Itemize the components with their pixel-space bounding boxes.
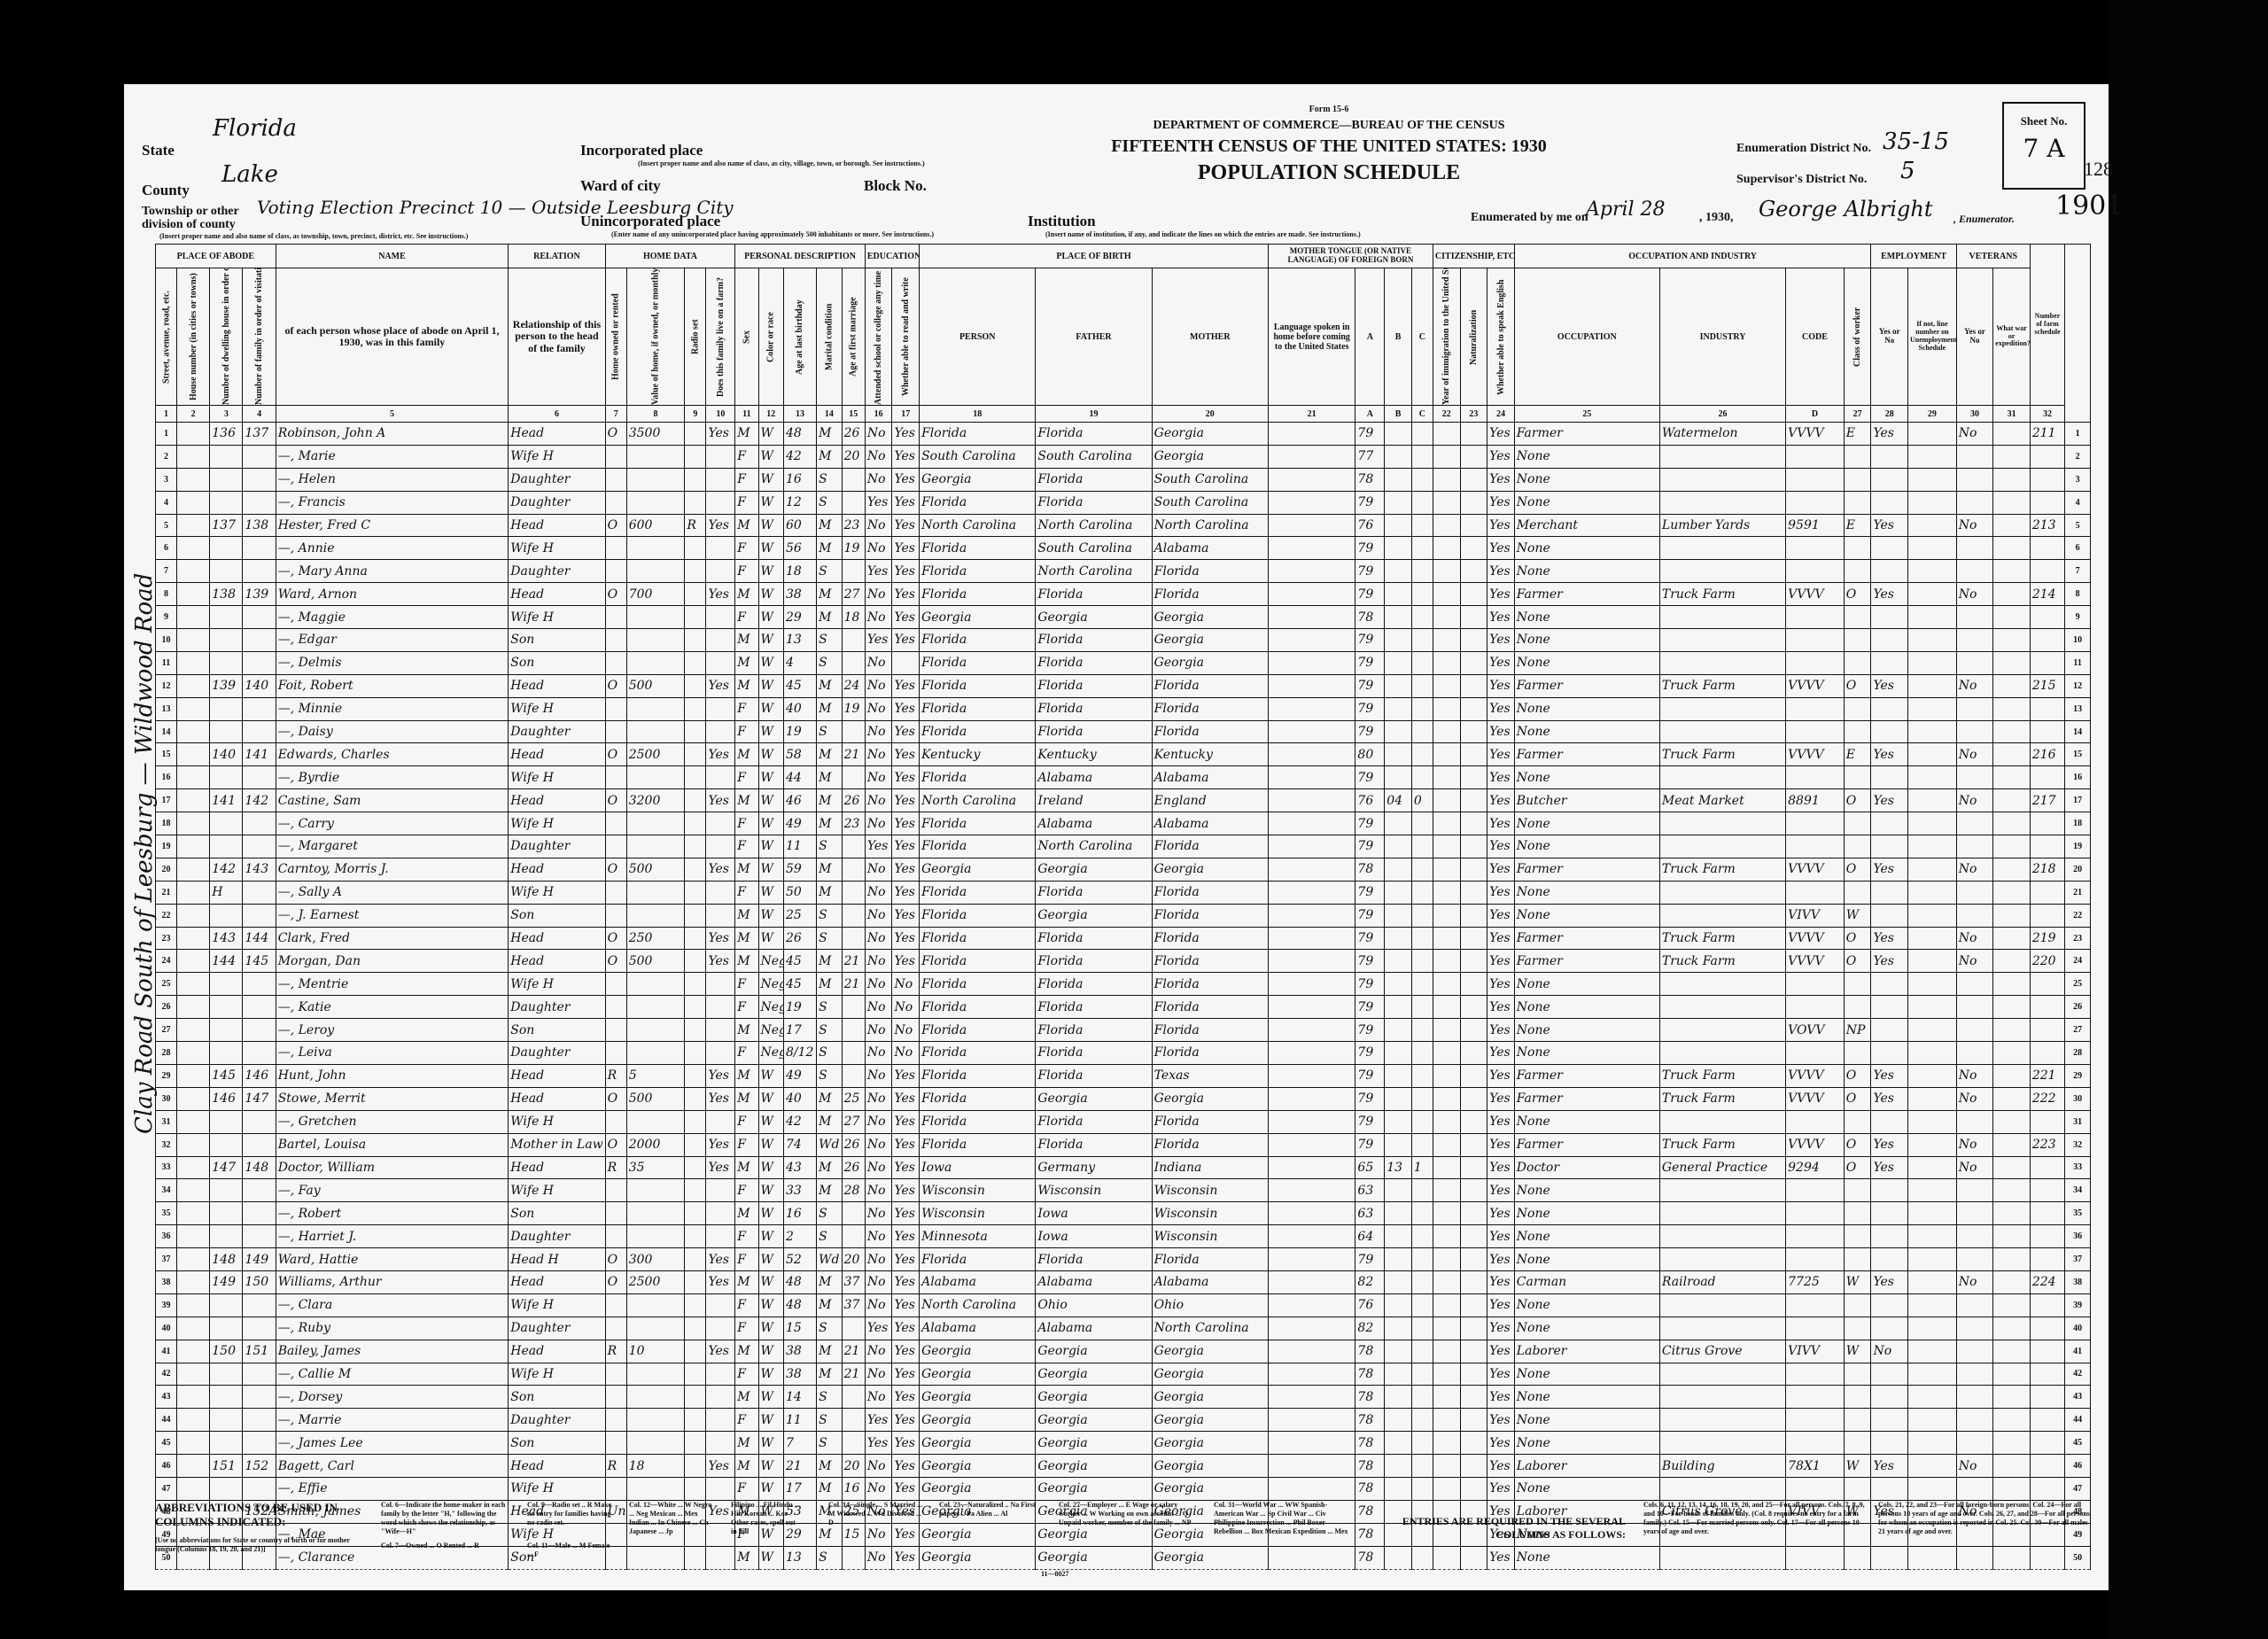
- cell-code-b: [1385, 1455, 1412, 1478]
- cell-unemployment-line: [1908, 674, 1957, 697]
- cell-veteran: [1956, 468, 1993, 491]
- cell-mother-birthplace: Georgia: [1152, 651, 1268, 674]
- cell-language: [1268, 950, 1355, 973]
- cell-family-number: [243, 1019, 276, 1042]
- cell-dwelling-number: 141: [210, 789, 243, 812]
- sheet-label: Sheet No.: [2004, 114, 2084, 128]
- cell-at-work: Yes: [1871, 583, 1908, 606]
- cell-father-birthplace: Florida: [1036, 973, 1152, 996]
- cell-farm: [706, 1293, 735, 1317]
- cell-industry-code: [1786, 1042, 1845, 1065]
- cell-industry-code: VVVV: [1786, 1064, 1845, 1087]
- cell-farm-schedule: [2030, 973, 2064, 996]
- cell-age-at-marriage: [842, 881, 865, 904]
- cell-read-write: Yes: [892, 720, 920, 743]
- cell-code-b: [1385, 1042, 1412, 1065]
- cell-veteran: [1956, 766, 1993, 789]
- cell-unemployment-line: [1908, 1110, 1957, 1133]
- cell-read-write: Yes: [892, 674, 920, 697]
- cell-age-at-marriage: 26: [842, 1133, 865, 1156]
- cell-immigration-year: [1433, 1019, 1460, 1042]
- cell-speak-english: Yes: [1487, 1202, 1515, 1225]
- table-row: 12139140Foit, RobertHeadO500YesMW45M24No…: [156, 674, 2091, 697]
- cell-school: No: [865, 1202, 892, 1225]
- cell-age: 45: [783, 973, 816, 996]
- cell-industry-code: 9591: [1786, 514, 1845, 537]
- cell-occupation: None: [1514, 651, 1659, 674]
- cell-speak-english: Yes: [1487, 606, 1515, 629]
- cell-war: [1993, 583, 2031, 606]
- cell-industry-code: [1786, 651, 1845, 674]
- cell-family-number: [243, 1432, 276, 1455]
- cell-relation: Son: [509, 904, 605, 927]
- cell-sex: F: [735, 812, 758, 835]
- cell-race: W: [758, 904, 783, 927]
- cell-school: No: [865, 468, 892, 491]
- cell-home-owned: O: [605, 514, 626, 537]
- cell-speak-english: Yes: [1487, 445, 1515, 468]
- col-unemployment-line: If not, line number on Unemployment Sche…: [1908, 268, 1957, 406]
- cell-marital: S: [817, 629, 842, 652]
- cell-mother-birthplace: Wisconsin: [1152, 1202, 1268, 1225]
- cell-birthplace: Florida: [920, 651, 1036, 674]
- cell-birthplace: Alabama: [920, 1270, 1036, 1293]
- cell-speak-english: Yes: [1487, 514, 1515, 537]
- cell-age-at-marriage: 23: [842, 514, 865, 537]
- incorporated-label: Incorporated place: [580, 142, 703, 159]
- cell-class-of-worker: O: [1844, 927, 1871, 950]
- line-number-left: 32: [156, 1133, 177, 1156]
- cell-code-c: [1411, 583, 1433, 606]
- cell-relation: Head: [509, 950, 605, 973]
- cell-sex: M: [735, 423, 758, 446]
- cell-school: No: [865, 674, 892, 697]
- cell-occupation: Doctor: [1514, 1156, 1659, 1179]
- cell-immigration-year: [1433, 606, 1460, 629]
- cell-radio: [685, 996, 706, 1019]
- cell-radio: [685, 1087, 706, 1110]
- cell-code-b: [1385, 904, 1412, 927]
- col-person-birth: PERSON: [920, 268, 1036, 406]
- cell-age: 40: [783, 697, 816, 720]
- group-name: NAME: [276, 245, 509, 268]
- cell-immigration-year: [1433, 1179, 1460, 1202]
- cell-dwelling-number: 145: [210, 1064, 243, 1087]
- cell-veteran: No: [1956, 743, 1993, 766]
- line-number-right: 43: [2065, 1386, 2091, 1409]
- cell-language: [1268, 629, 1355, 652]
- cell-family-number: [243, 1042, 276, 1065]
- cell-mother-birthplace: Georgia: [1152, 1432, 1268, 1455]
- cell-relation: Wife H: [509, 766, 605, 789]
- cell-birthplace: Florida: [920, 1019, 1036, 1042]
- cell-naturalization: [1460, 858, 1487, 881]
- cell-home-owned: O: [605, 1248, 626, 1271]
- cell-school: No: [865, 514, 892, 537]
- cell-naturalization: [1460, 1340, 1487, 1363]
- cell-relation: Head: [509, 927, 605, 950]
- cell-radio: [685, 1409, 706, 1432]
- cell-class-of-worker: [1844, 445, 1871, 468]
- cell-class-of-worker: [1844, 1293, 1871, 1317]
- cell-farm-schedule: 222: [2030, 1087, 2064, 1110]
- cell-age-at-marriage: [842, 1042, 865, 1065]
- cell-marital: S: [817, 1019, 842, 1042]
- column-number: 4: [243, 406, 276, 423]
- cell-naturalization: [1460, 1409, 1487, 1432]
- cell-sex: F: [735, 537, 758, 560]
- township-hint: (Insert proper name and also name of cla…: [159, 232, 468, 240]
- line-number-right: 36: [2065, 1225, 2091, 1248]
- cell-unemployment-line: [1908, 973, 1957, 996]
- cell-birthplace: Iowa: [920, 1156, 1036, 1179]
- cell-radio: [685, 904, 706, 927]
- cell-sex: F: [735, 973, 758, 996]
- cell-read-write: Yes: [892, 1110, 920, 1133]
- line-number-left: 3: [156, 468, 177, 491]
- cell-mother-birthplace: Georgia: [1152, 629, 1268, 652]
- cell-read-write: Yes: [892, 1455, 920, 1478]
- cell-veteran: [1956, 560, 1993, 583]
- cell-occupation: None: [1514, 1432, 1659, 1455]
- line-number-right: 41: [2065, 1340, 2091, 1363]
- cell-mother-birthplace: Florida: [1152, 950, 1268, 973]
- cell-occupation: Butcher: [1514, 789, 1659, 812]
- cell-birthplace: Wisconsin: [920, 1179, 1036, 1202]
- cell-age-at-marriage: [842, 651, 865, 674]
- cell-code-a: 79: [1355, 1019, 1385, 1042]
- cell-code-b: [1385, 1087, 1412, 1110]
- cell-house-number: [177, 766, 210, 789]
- cell-sex: F: [735, 1248, 758, 1271]
- cell-at-work: [1871, 1248, 1908, 1271]
- cell-language: [1268, 674, 1355, 697]
- cell-mother-birthplace: Florida: [1152, 1019, 1268, 1042]
- line-number-right: 21: [2065, 881, 2091, 904]
- cell-home-owned: [605, 1225, 626, 1248]
- cell-family-number: 137: [243, 423, 276, 446]
- cell-at-work: [1871, 1042, 1908, 1065]
- cell-home-value: 600: [626, 514, 685, 537]
- cell-house-number: [177, 445, 210, 468]
- cell-farm: [706, 881, 735, 904]
- cell-immigration-year: [1433, 1110, 1460, 1133]
- cell-industry: [1659, 996, 1785, 1019]
- cell-home-value: [626, 766, 685, 789]
- cell-person-name: —, Sally A: [276, 881, 509, 904]
- table-row: 9—, MaggieWife HFW29M18NoYesGeorgiaGeorg…: [156, 606, 2091, 629]
- cell-war: [1993, 514, 2031, 537]
- cell-farm-schedule: [2030, 1409, 2064, 1432]
- cell-home-value: [626, 1432, 685, 1455]
- cell-code-c: [1411, 514, 1433, 537]
- cell-farm: [706, 491, 735, 514]
- cell-home-owned: O: [605, 743, 626, 766]
- abbr-col12b: Filipino ... Fil Hindu ... Hin Korean ..…: [731, 1501, 802, 1536]
- column-number: 17: [892, 406, 920, 423]
- cell-marital: M: [817, 514, 842, 537]
- cell-occupation: None: [1514, 537, 1659, 560]
- cell-code-b: [1385, 491, 1412, 514]
- cell-sex: M: [735, 629, 758, 652]
- cell-veteran: [1956, 973, 1993, 996]
- cell-home-value: [626, 651, 685, 674]
- cell-at-work: [1871, 835, 1908, 858]
- cell-industry-code: 8891: [1786, 789, 1845, 812]
- cell-house-number: [177, 1432, 210, 1455]
- cell-person-name: Ward, Arnon: [276, 583, 509, 606]
- column-number: 23: [1460, 406, 1487, 423]
- cell-naturalization: [1460, 996, 1487, 1019]
- column-number: A: [1355, 406, 1385, 423]
- cell-school: No: [865, 1064, 892, 1087]
- cell-house-number: [177, 904, 210, 927]
- cell-mother-birthplace: Florida: [1152, 1042, 1268, 1065]
- cell-code-b: [1385, 674, 1412, 697]
- cell-marital: M: [817, 766, 842, 789]
- cell-occupation: Farmer: [1514, 1087, 1659, 1110]
- cell-mother-birthplace: Wisconsin: [1152, 1179, 1268, 1202]
- cell-occupation: Farmer: [1514, 927, 1659, 950]
- cell-farm-schedule: [2030, 881, 2064, 904]
- cell-at-work: [1871, 881, 1908, 904]
- column-number: 6: [509, 406, 605, 423]
- cell-age-at-marriage: 21: [842, 1363, 865, 1386]
- cell-industry: Building: [1659, 1455, 1785, 1478]
- line-number-right: 5: [2065, 514, 2091, 537]
- cell-industry-code: [1786, 468, 1845, 491]
- cell-war: [1993, 1019, 2031, 1042]
- cell-home-value: 700: [626, 583, 685, 606]
- table-row: 34—, FayWife HFW33M28NoYesWisconsinWisco…: [156, 1179, 2091, 1202]
- line-number-right: 24: [2065, 950, 2091, 973]
- table-row: 32Bartel, LouisaMother in LawO2000YesFW7…: [156, 1133, 2091, 1156]
- cell-code-a: 78: [1355, 1409, 1385, 1432]
- cell-war: [1993, 468, 2031, 491]
- cell-race: W: [758, 537, 783, 560]
- cell-industry: Watermelon: [1659, 423, 1785, 446]
- cell-code-a: 79: [1355, 1064, 1385, 1087]
- cell-age-at-marriage: [842, 858, 865, 881]
- cell-code-b: [1385, 996, 1412, 1019]
- cell-birthplace: Florida: [920, 697, 1036, 720]
- cell-speak-english: Yes: [1487, 743, 1515, 766]
- cell-naturalization: [1460, 1087, 1487, 1110]
- cell-code-b: [1385, 1248, 1412, 1271]
- cell-veteran: [1956, 1179, 1993, 1202]
- cell-farm: [706, 812, 735, 835]
- cell-read-write: Yes: [892, 629, 920, 652]
- cell-unemployment-line: [1908, 560, 1957, 583]
- cell-sex: M: [735, 1270, 758, 1293]
- cell-code-c: [1411, 881, 1433, 904]
- cell-home-value: 3500: [626, 423, 685, 446]
- cell-age: 19: [783, 720, 816, 743]
- cell-speak-english: Yes: [1487, 1179, 1515, 1202]
- block-label: Block No.: [864, 177, 927, 195]
- cell-speak-english: Yes: [1487, 537, 1515, 560]
- cell-race: W: [758, 1386, 783, 1409]
- cell-industry: [1659, 812, 1785, 835]
- cell-relation: Daughter: [509, 1225, 605, 1248]
- cell-age-at-marriage: 20: [842, 1248, 865, 1271]
- cell-immigration-year: [1433, 514, 1460, 537]
- cell-code-b: [1385, 1340, 1412, 1363]
- cell-birthplace: Georgia: [920, 1455, 1036, 1478]
- cell-war: [1993, 1432, 2031, 1455]
- cell-home-value: [626, 835, 685, 858]
- cell-code-c: [1411, 858, 1433, 881]
- cell-father-birthplace: Florida: [1036, 583, 1152, 606]
- cell-read-write: Yes: [892, 1202, 920, 1225]
- cell-naturalization: [1460, 560, 1487, 583]
- cell-class-of-worker: W: [1844, 1455, 1871, 1478]
- cell-occupation: None: [1514, 1202, 1659, 1225]
- cell-race: Neg: [758, 950, 783, 973]
- cell-immigration-year: [1433, 1248, 1460, 1271]
- cell-mother-birthplace: Georgia: [1152, 1340, 1268, 1363]
- cell-read-write: Yes: [892, 1179, 920, 1202]
- cell-read-write: No: [892, 1042, 920, 1065]
- cell-code-b: [1385, 537, 1412, 560]
- cell-father-birthplace: Florida: [1036, 629, 1152, 652]
- cell-birthplace: Kentucky: [920, 743, 1036, 766]
- cell-family-number: [243, 1317, 276, 1340]
- cell-person-name: —, Mary Anna: [276, 560, 509, 583]
- cell-language: [1268, 606, 1355, 629]
- cell-immigration-year: [1433, 1386, 1460, 1409]
- cell-birthplace: Florida: [920, 423, 1036, 446]
- entries-required-1: Cols. 6, 11, 12, 13, 14, 16, 18, 19, 20,…: [1643, 1501, 1865, 1536]
- cell-radio: [685, 651, 706, 674]
- cell-read-write: Yes: [892, 423, 920, 446]
- cell-unemployment-line: [1908, 583, 1957, 606]
- cell-race: W: [758, 1202, 783, 1225]
- cell-immigration-year: [1433, 927, 1460, 950]
- table-row: 10—, EdgarSonMW13SYesYesFloridaFloridaGe…: [156, 629, 2091, 652]
- census-title: FIFTEENTH CENSUS OF THE UNITED STATES: 1…: [1028, 136, 1630, 157]
- line-number-right: 30: [2065, 1087, 2091, 1110]
- col-sex: Sex: [735, 268, 758, 406]
- cell-code-b: [1385, 423, 1412, 446]
- cell-race: W: [758, 468, 783, 491]
- cell-code-b: [1385, 1133, 1412, 1156]
- cell-farm: [706, 1202, 735, 1225]
- cell-radio: [685, 1432, 706, 1455]
- cell-industry-code: [1786, 720, 1845, 743]
- cell-age: 52: [783, 1248, 816, 1271]
- cell-race: W: [758, 1225, 783, 1248]
- cell-marital: M: [817, 743, 842, 766]
- cell-radio: [685, 973, 706, 996]
- cell-home-owned: [605, 606, 626, 629]
- cell-code-c: [1411, 927, 1433, 950]
- cell-radio: [685, 1293, 706, 1317]
- cell-code-c: [1411, 445, 1433, 468]
- cell-age: 42: [783, 445, 816, 468]
- cell-relation: Head: [509, 1270, 605, 1293]
- cell-unemployment-line: [1908, 1087, 1957, 1110]
- cell-speak-english: Yes: [1487, 1087, 1515, 1110]
- cell-family-number: 138: [243, 514, 276, 537]
- cell-read-write: No: [892, 1019, 920, 1042]
- line-number-right: 29: [2065, 1064, 2091, 1087]
- cell-radio: [685, 1340, 706, 1363]
- cell-age-at-marriage: 28: [842, 1179, 865, 1202]
- enumeration-date: April 28: [1586, 198, 1666, 221]
- line-number-left: 30: [156, 1087, 177, 1110]
- cell-marital: M: [817, 1156, 842, 1179]
- cell-birthplace: Alabama: [920, 1317, 1036, 1340]
- cell-read-write: Yes: [892, 697, 920, 720]
- cell-naturalization: [1460, 1110, 1487, 1133]
- cell-unemployment-line: [1908, 1432, 1957, 1455]
- cell-person-name: —, Carry: [276, 812, 509, 835]
- cell-mother-birthplace: Florida: [1152, 1133, 1268, 1156]
- line-number-left: 8: [156, 583, 177, 606]
- cell-person-name: Edwards, Charles: [276, 743, 509, 766]
- cell-industry: [1659, 651, 1785, 674]
- cell-family-number: 149: [243, 1248, 276, 1271]
- cell-radio: [685, 583, 706, 606]
- line-number-right: 8: [2065, 583, 2091, 606]
- cell-radio: [685, 1363, 706, 1386]
- cell-farm-schedule: [2030, 1432, 2064, 1455]
- cell-code-a: 79: [1355, 950, 1385, 973]
- cell-industry-code: [1786, 835, 1845, 858]
- cell-school: No: [865, 996, 892, 1019]
- cell-marital: M: [817, 950, 842, 973]
- line-number-left: 19: [156, 835, 177, 858]
- cell-age: 11: [783, 1409, 816, 1432]
- table-row: 43—, DorseySonMW14SNoYesGeorgiaGeorgiaGe…: [156, 1386, 2091, 1409]
- cell-industry: [1659, 560, 1785, 583]
- cell-birthplace: Georgia: [920, 858, 1036, 881]
- cell-naturalization: [1460, 904, 1487, 927]
- cell-race: W: [758, 1270, 783, 1293]
- line-number-right: 3: [2065, 468, 2091, 491]
- cell-house-number: [177, 560, 210, 583]
- cell-industry: [1659, 1019, 1785, 1042]
- cell-class-of-worker: O: [1844, 583, 1871, 606]
- table-row: 46151152Bagett, CarlHeadR18YesMW21M20NoY…: [156, 1455, 2091, 1478]
- cell-dwelling-number: [210, 1409, 243, 1432]
- cell-house-number: [177, 537, 210, 560]
- cell-code-b: [1385, 1179, 1412, 1202]
- cell-birthplace: Florida: [920, 904, 1036, 927]
- cell-age: 26: [783, 927, 816, 950]
- cell-dwelling-number: [210, 835, 243, 858]
- cell-marital: S: [817, 927, 842, 950]
- cell-father-birthplace: Georgia: [1036, 1409, 1152, 1432]
- cell-home-owned: [605, 468, 626, 491]
- cell-age: 43: [783, 1156, 816, 1179]
- cell-veteran: [1956, 537, 1993, 560]
- table-row: 20142143Carntoy, Morris J.HeadO500YesMW5…: [156, 858, 2091, 881]
- cell-war: [1993, 1087, 2031, 1110]
- line-number-right: 4: [2065, 491, 2091, 514]
- cell-age-at-marriage: [842, 468, 865, 491]
- cell-birthplace: Florida: [920, 560, 1036, 583]
- cell-class-of-worker: O: [1844, 789, 1871, 812]
- cell-farm-schedule: [2030, 720, 2064, 743]
- cell-sex: F: [735, 697, 758, 720]
- cell-sex: M: [735, 743, 758, 766]
- abbr-col11: Col. 11—Male ... M Female ... F: [527, 1542, 616, 1559]
- cell-war: [1993, 973, 2031, 996]
- cell-person-name: —, Annie: [276, 537, 509, 560]
- cell-war: [1993, 1293, 2031, 1317]
